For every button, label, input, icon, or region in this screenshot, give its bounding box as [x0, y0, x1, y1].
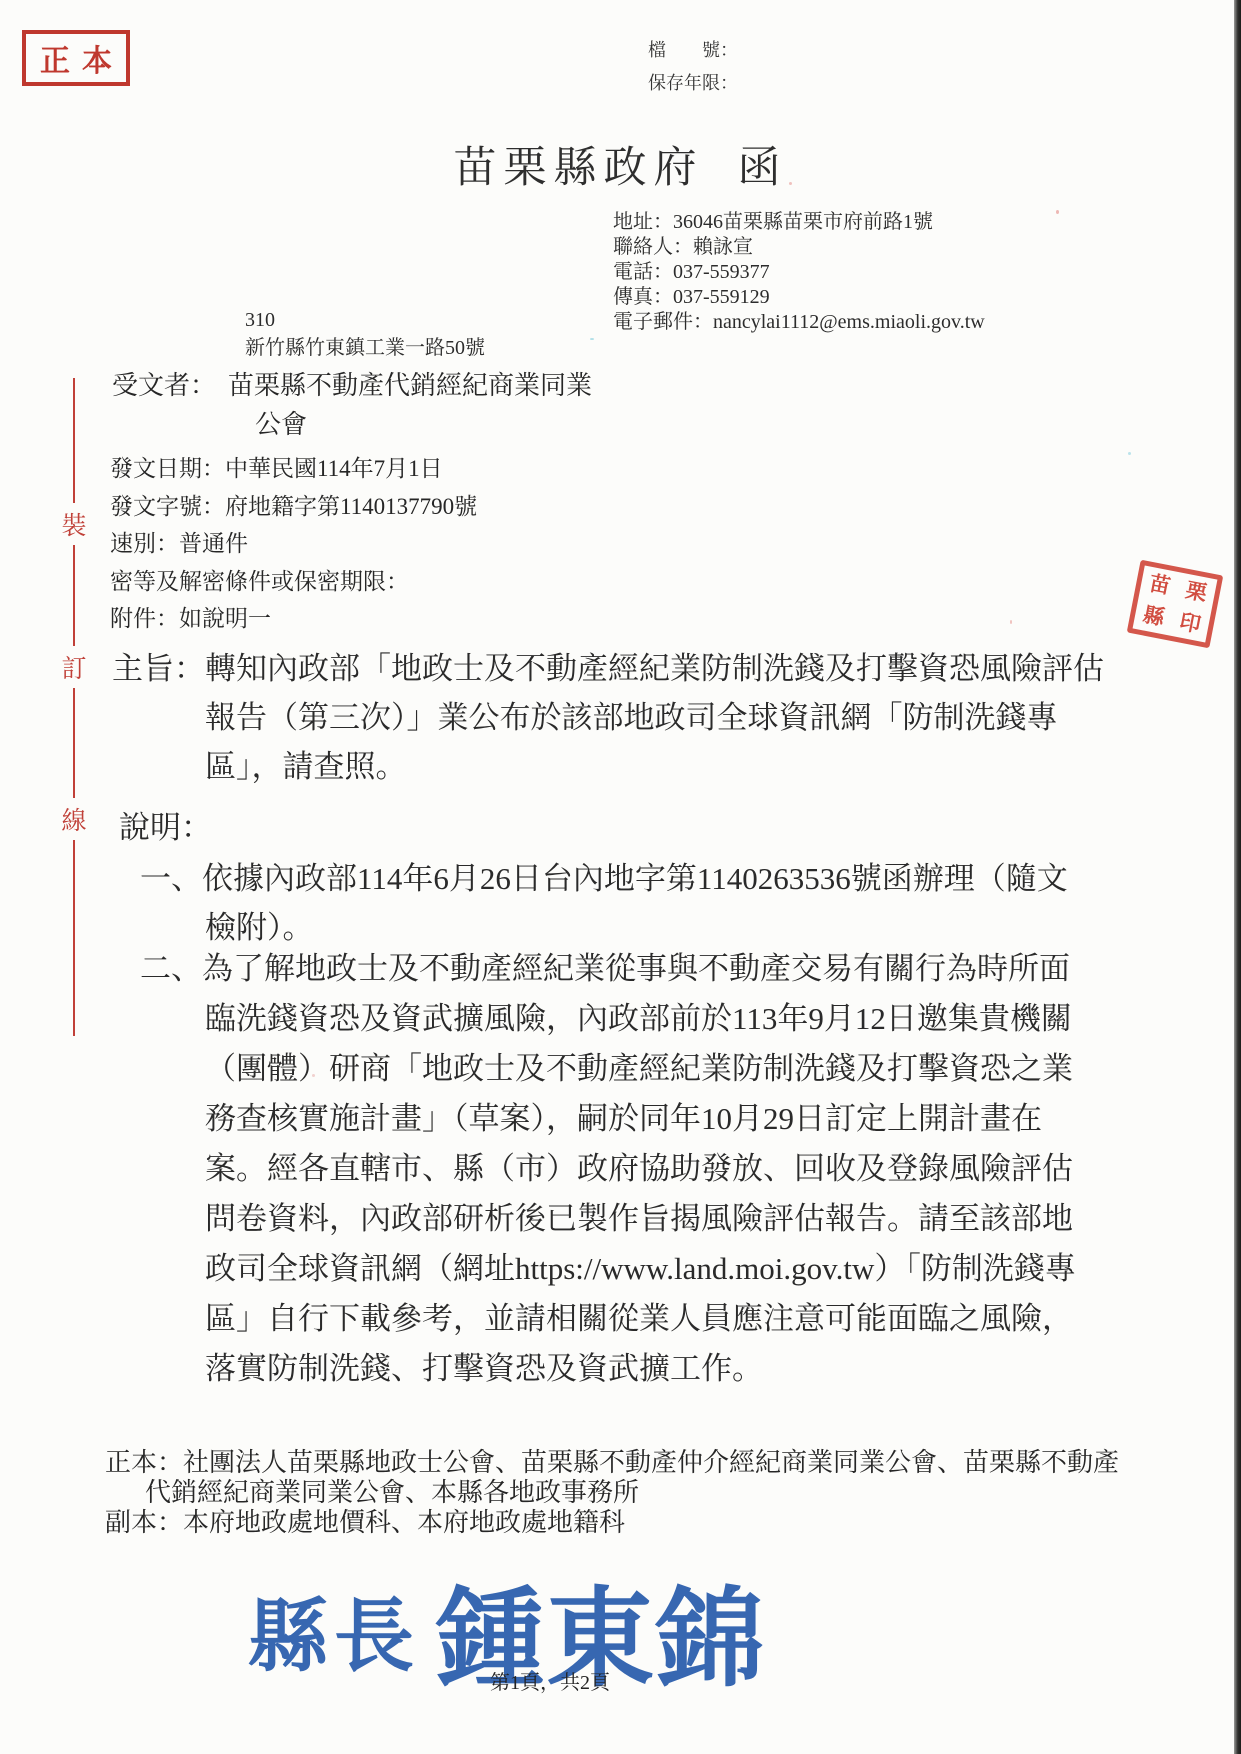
sender-address: 地址：36046苗栗縣苗栗市府前路1號 — [613, 210, 985, 235]
document-title: 苗栗縣政府函 — [0, 134, 1241, 195]
official-letter-page: 正本 檔 號： 保存年限： 苗栗縣政府函 地址：36046苗栗縣苗栗市府前路1號… — [0, 0, 1241, 1754]
priority-level: 速別：普通件 — [110, 525, 477, 563]
description-item-1: 一、依據內政部114年6月26日台內地字第1140263536號函辦理（隨文檢附… — [140, 854, 1082, 952]
distribution-original-text: 社團法人苗栗縣地政士公會、苗栗縣不動產仲介經紀商業同業公會、苗栗縣不動產代銷經紀… — [145, 1448, 1119, 1507]
seal-char-3: 縣 — [1141, 604, 1166, 629]
page-number-footer: 第1頁，共2頁 — [490, 1666, 610, 1695]
recipient-address-block: 310 新竹縣竹東鎮工業一路50號 — [245, 306, 485, 362]
scan-edge-shadow — [1234, 0, 1241, 1754]
distribution-copy-label: 副本： — [105, 1508, 183, 1537]
document-number: 發文字號：府地籍字第1140137790號 — [110, 488, 477, 526]
seal-char-1: 苗 — [1148, 572, 1173, 597]
subject-label: 主旨： — [112, 651, 205, 686]
binding-char-ding: 訂 — [61, 646, 87, 688]
file-number-label: 檔 號： — [648, 34, 738, 67]
official-red-seal: 苗 栗 縣 印 — [1127, 560, 1224, 649]
sender-phone: 電話：037-559377 — [613, 260, 985, 285]
distribution-original-label: 正本： — [105, 1448, 183, 1477]
document-type: 函 — [738, 145, 788, 192]
recipient-row-1: 受文者： 苗栗縣不動產代銷經紀商業同業 — [112, 366, 592, 405]
retention-period-label: 保存年限： — [648, 67, 738, 100]
scan-speckle — [1010, 620, 1012, 624]
file-number-block: 檔 號： 保存年限： — [648, 34, 738, 100]
copy-type-stamp-label: 正本 — [28, 36, 124, 80]
recipient-block: 受文者： 苗栗縣不動產代銷經紀商業同業 公會 — [112, 366, 592, 444]
sender-email: 電子郵件：nancylai1112@ems.miaoli.gov.tw — [613, 310, 985, 335]
sender-fax: 傳真：037-559129 — [613, 285, 985, 310]
distribution-block: 正本：社團法人苗栗縣地政士公會、苗栗縣不動產仲介經紀商業同業公會、苗栗縣不動產代… — [105, 1448, 1145, 1538]
scan-speckle — [590, 338, 594, 340]
subject-text: 轉知內政部「地政士及不動產經紀業防制洗錢及打擊資恐風險評估報告（第三次）」業公布… — [205, 651, 1104, 784]
copy-type-stamp: 正本 — [22, 30, 130, 86]
recipient-name-line2: 公會 — [255, 405, 307, 444]
binding-char-xian: 線 — [61, 798, 87, 840]
scan-speckle — [789, 182, 792, 185]
binding-margin-line — [73, 378, 75, 1036]
recipient-name-line1: 苗栗縣不動產代銷經紀商業同業 — [228, 366, 592, 405]
issue-date: 發文日期：中華民國114年7月1日 — [110, 450, 477, 488]
security-classification: 密等及解密條件或保密期限： — [110, 563, 477, 601]
subject-paragraph: 主旨：轉知內政部「地政士及不動產經紀業防制洗錢及打擊資恐風險評估報告（第三次）」… — [112, 644, 1110, 791]
distribution-copy: 副本：本府地政處地價科、本府地政處地籍科 — [105, 1508, 1145, 1538]
description-item-2-text: 為了解地政士及不動產經紀業從事與不動產交易有關行為時所面臨洗錢資恐及資武擴風險，… — [202, 951, 1076, 1386]
description-heading: 說明： — [119, 802, 212, 847]
binding-char-zhuang: 裝 — [61, 503, 87, 545]
recipient-indent-spacer — [112, 405, 255, 444]
distribution-copy-text: 本府地政處地價科、本府地政處地籍科 — [183, 1508, 625, 1537]
signature-title: 縣長 — [248, 1572, 420, 1687]
seal-char-4: 印 — [1178, 611, 1203, 636]
scan-speckle — [312, 1074, 315, 1077]
description-item-2-label: 二、 — [140, 951, 202, 986]
description-item-1-text: 依據內政部114年6月26日台內地字第1140263536號函辦理（隨文檢附）。 — [202, 861, 1068, 945]
attachment-note: 附件：如說明一 — [110, 600, 477, 638]
description-item-1-label: 一、 — [140, 861, 202, 896]
recipient-label: 受文者： — [112, 366, 228, 405]
document-meta-block: 發文日期：中華民國114年7月1日 發文字號：府地籍字第1140137790號 … — [110, 450, 477, 638]
recipient-zip: 310 — [245, 306, 485, 334]
recipient-street: 新竹縣竹東鎮工業一路50號 — [245, 334, 485, 362]
sender-contact-person: 聯絡人：賴詠宣 — [613, 235, 985, 260]
sender-contact-block: 地址：36046苗栗縣苗栗市府前路1號 聯絡人：賴詠宣 電話：037-55937… — [613, 210, 985, 335]
recipient-row-2: 公會 — [112, 405, 592, 444]
scan-speckle — [1128, 452, 1131, 455]
scan-speckle — [1056, 210, 1059, 214]
distribution-original: 正本：社團法人苗栗縣地政士公會、苗栗縣不動產仲介經紀商業同業公會、苗栗縣不動產代… — [105, 1448, 1145, 1508]
description-item-2: 二、為了解地政士及不動產經紀業從事與不動產交易有關行為時所面臨洗錢資恐及資武擴風… — [140, 944, 1082, 1394]
issuing-agency-name: 苗栗縣政府 — [454, 145, 704, 192]
seal-char-2: 栗 — [1184, 580, 1209, 605]
